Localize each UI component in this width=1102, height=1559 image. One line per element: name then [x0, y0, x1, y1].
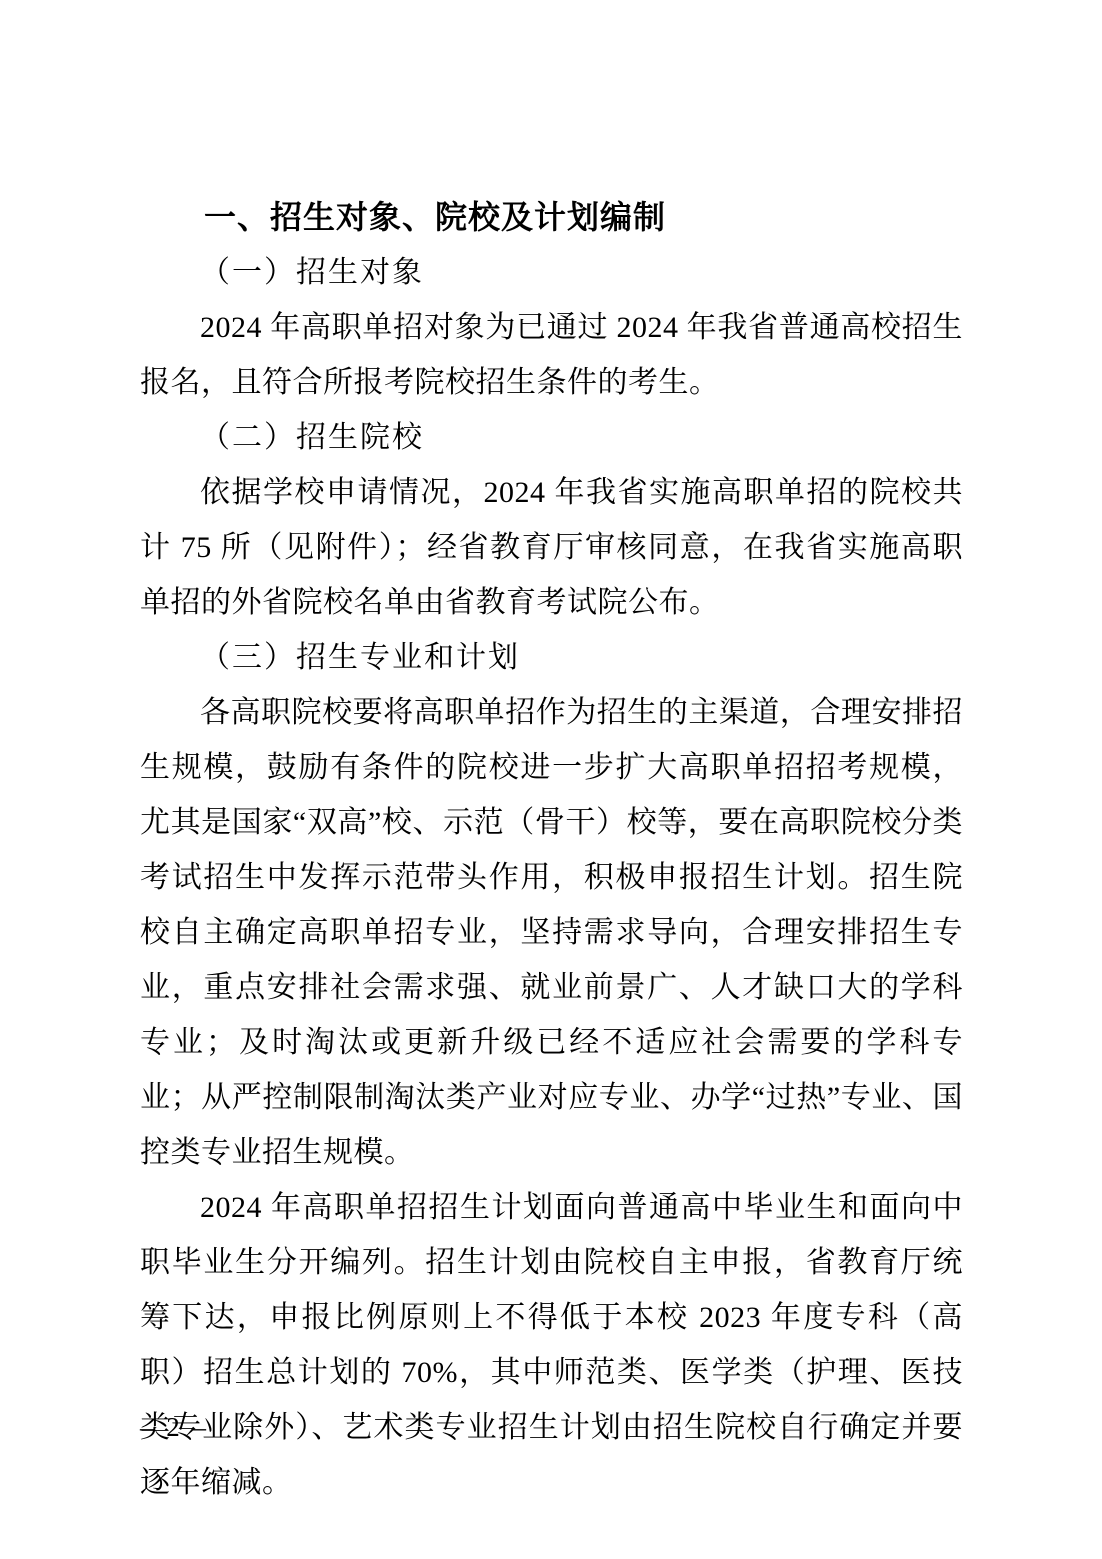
- subsection-title-recruiting-institutions: （二）招生院校: [140, 410, 963, 465]
- paragraph-majors-and-plan-1: 各高职院校要将高职单招作为招生的主渠道，合理安排招生规模，鼓励有条件的院校进一步…: [140, 685, 963, 1180]
- paragraph-majors-and-plan-2: 2024 年高职单招招生计划面向普通高中毕业生和面向中职毕业生分开编列。招生计划…: [140, 1180, 963, 1510]
- document-body: 一、招生对象、院校及计划编制 （一）招生对象 2024 年高职单招对象为已通过 …: [140, 190, 963, 1510]
- subsection-title-recruitment-target: （一）招生对象: [140, 245, 963, 300]
- paragraph-recruiting-institutions: 依据学校申请情况，2024 年我省实施高职单招的院校共计 75 所（见附件）；经…: [140, 465, 963, 630]
- paragraph-recruitment-target: 2024 年高职单招对象为已通过 2024 年我省普通高校招生报名，且符合所报考…: [140, 300, 963, 410]
- document-page: 一、招生对象、院校及计划编制 （一）招生对象 2024 年高职单招对象为已通过 …: [0, 0, 1102, 1559]
- subsection-title-majors-and-plan: （三）招生专业和计划: [140, 630, 963, 685]
- section-heading: 一、招生对象、院校及计划编制: [140, 190, 963, 245]
- page-number: – 2 –: [140, 1410, 209, 1444]
